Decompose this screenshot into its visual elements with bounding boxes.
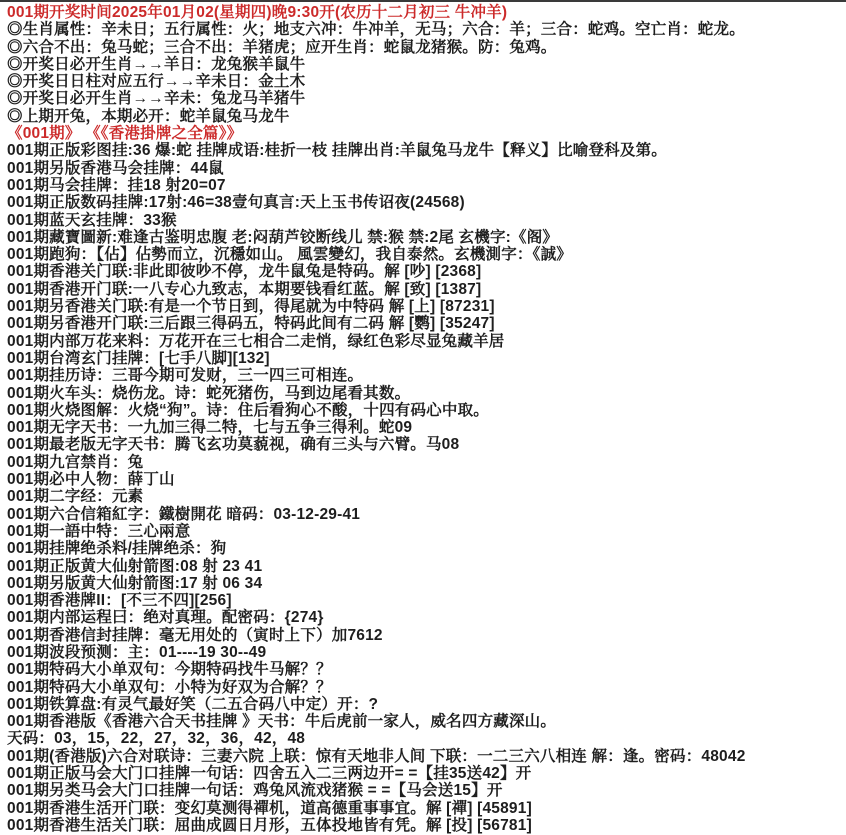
entry-line: 001期另版香港马会挂牌：44鼠 [7,160,844,177]
entry-line: 001期藏寶圖新:难逢古鉴明忠腹 老:闷葫芦铰断线儿 禁:猴 禁:2尾 玄機字:… [7,229,844,246]
entry-line: 001期波段预测：主：01----19 30--49 [7,644,844,661]
entry-line: 001期香港开门联:一八专心九致志，本期要钱看红蓝。解 [致] [1387] [7,281,844,298]
entry-line: 001期六合信箱紅字：鐵樹開花 暗码：03-12-29-41 [7,506,844,523]
entry-line: 001期正版马会大门口挂牌一句话：四舍五入二三两边开= =【挂35送42】开 [7,765,844,782]
entry-line: 001期香港生活关门联：屈曲成圆日月形，五体投地皆有凭。解 [投] [56781… [7,817,844,834]
section-title: 《001期》 《《香港掛牌之全篇》》 [7,125,844,142]
entry-line: 001期一語中特：三心兩意 [7,523,844,540]
entry-line: 001期特码大小单双句：今期特码找牛马解？？ [7,661,844,678]
entry-line: 001期台湾玄门挂牌：[七手八脚][132] [7,350,844,367]
entry-line: 001期另版黄大仙射箭图:17 射 06 34 [7,575,844,592]
entry-line: 001期香港生活开门联：变幻莫测得禪机，道高德重事事宜。解 [禪] [45891… [7,800,844,817]
entry-line: 001期另香港关门联:有是一个节日到，得尾就为中特码 解 [上] [87231] [7,298,844,315]
entry-line: 001期另类马会大门口挂牌一句话：鸡兔风流戏猪猴 = =【马会送15】开 [7,782,844,799]
entry-line: 001期内部万花来料：万花开在三七相合二走悄，绿红色彩尽显兔藏羊居 [7,333,844,350]
zodiac-attribute-line: ◎生肖属性：辛未日；五行属性：火；地支六冲：牛冲羊，无马；六合：羊；三合：蛇鸡。… [7,21,844,38]
entry-line: 001期另香港开门联:三后跟三得码五，特码此间有二码 解 [鹦] [35247] [7,315,844,332]
entry-line: 001期正版彩图挂:36 爆:蛇 挂牌成语:桂折一枝 挂牌出肖:羊鼠兔马龙牛【释… [7,142,844,159]
day-pillar-elements-line: ◎开奖日日柱对应五行→→辛未日：金土木 [7,73,844,90]
lottery-tips-page: 001期开奖时间2025年01月02(星期四)晚9:30开(农历十二月初三 牛冲… [0,2,846,834]
entry-line: 001期蓝天玄挂牌：33猴 [7,212,844,229]
entry-line: 001期最老版无字天书：腾飞玄功莫藐视，确有三头与六臂。马08 [7,436,844,453]
entry-line: 001期香港版《香港六合天书挂牌 》天书：牛后虎前一家人，威名四方藏深山。 [7,713,844,730]
entry-line: 001期必中人物：薛丁山 [7,471,844,488]
entry-line: 001期无字天书：一九加三得二特，七与五争三得利。蛇09 [7,419,844,436]
must-open-zodiac-line-2: ◎开奖日必开生肖→→辛未：兔龙马羊猪牛 [7,90,844,107]
entry-line: 001期正版黄大仙射箭图:08 射 23 41 [7,558,844,575]
last-period-line: ◎上期开兔，本期必开：蛇羊鼠兔马龙牛 [7,108,844,125]
entry-line: 001期特码大小单双句：小特为好双为合解？？ [7,679,844,696]
entry-line: 001期挂历诗：三哥今期可发财，三一四三可相连。 [7,367,844,384]
entry-line: 001期铁算盘:有灵气最好笑（二五合码八中定）开：? [7,696,844,713]
entry-line: 001期(香港版)六合对联诗：三妻六院 上联：惊有天地非人间 下联：一二三六八相… [7,748,844,765]
entry-line: 001期香港牌II：[不三不四][256] [7,592,844,609]
entry-line: 001期跑狗：【佔】佔勢而立，沉穩如山。 風雲變幻，我自泰然。玄機測字：《誠》 [7,246,844,263]
must-open-zodiac-line-1: ◎开奖日必开生肖→→羊日：龙兔猴羊鼠牛 [7,56,844,73]
entry-line: 001期正版数码挂牌:17射:46=38壹句真言:天上玉书传诏夜(24568) [7,194,844,211]
entry-line: 001期香港关门联:非此即彼吵不停，龙牛鼠兔是特码。解 [吵] [2368] [7,263,844,280]
entry-line: 001期九宫禁肖：兔 [7,454,844,471]
entry-line: 001期香港信封挂牌：毫无用处的（寅时上下）加7612 [7,627,844,644]
entry-line: 天码：03，15，22，27，32，36，42，48 [7,730,844,747]
entry-line: 001期挂牌绝杀料/挂牌绝杀：狗 [7,540,844,557]
draw-time-header: 001期开奖时间2025年01月02(星期四)晚9:30开(农历十二月初三 牛冲… [7,4,844,21]
entry-line: 001期火烧图解：火烧“狗”。诗：住后看狗心不酸，十四有码心中取。 [7,402,844,419]
entry-line: 001期二字经：元素 [7,488,844,505]
entry-line: 001期马会挂牌：挂18 射20=07 [7,177,844,194]
entry-line: 001期内部运程曰：绝对真理。配密码：{274} [7,609,844,626]
entry-line: 001期火车头：烧伤龙。诗：蛇死猪伤，马到边尾看其数。 [7,385,844,402]
liuhe-exclusion-line: ◎六合不出：兔马蛇；三合不出：羊猪虎；应开生肖：蛇鼠龙猪猴。防：兔鸡。 [7,39,844,56]
